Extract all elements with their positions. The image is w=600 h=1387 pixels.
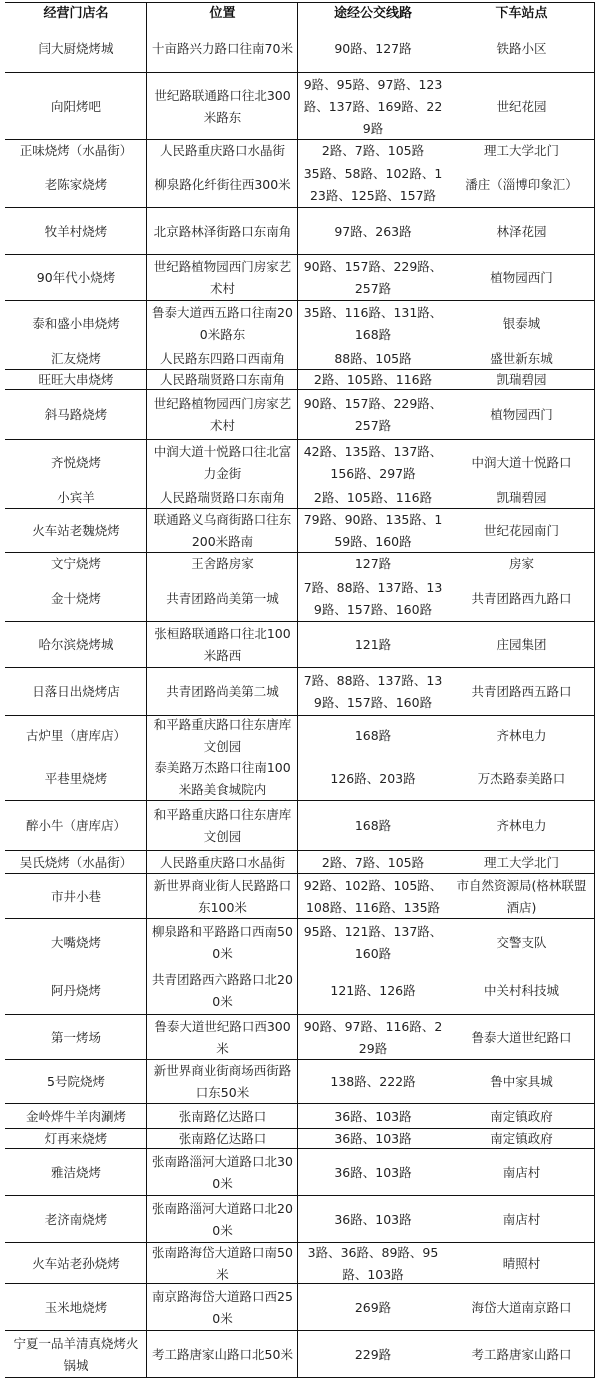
column-divider xyxy=(146,509,147,552)
stop-cell: 庄园集团 xyxy=(448,634,595,656)
column-divider xyxy=(594,622,595,667)
location-cell: 柳泉路和平路路口西南500米 xyxy=(147,921,298,965)
column-divider xyxy=(297,1196,298,1242)
bus-routes-cell: 2路、7路、105路 xyxy=(298,852,448,874)
table-row: 宁夏一品羊清真烧烤火锅城考工路唐家山路口北50米229路考工路唐家山路口 xyxy=(5,1331,595,1378)
bus-routes-cell: 35路、116路、131路、168路 xyxy=(298,302,448,346)
table-row: 阿丹烧烤共青团路西六路路口北200米121路、126路中关村科技城 xyxy=(5,967,595,1015)
table-row: 牧羊村烧烤北京路林泽街路口东南角97路、263路林泽花园 xyxy=(5,208,595,255)
column-divider xyxy=(297,255,298,300)
table-row: 雅洁烧烤张南路淄河大道路口北300米36路、103路南店村 xyxy=(5,1149,595,1196)
column-divider xyxy=(146,1331,147,1377)
location-cell: 鲁泰大道西五路口往南200米路东 xyxy=(147,302,298,346)
bus-routes-cell: 9路、95路、97路、123路、137路、169路、229路 xyxy=(298,74,448,140)
column-divider xyxy=(594,919,595,1014)
store-name-cell: 日落日出烧烤店 xyxy=(5,681,147,703)
bus-routes-cell: 229路 xyxy=(298,1344,448,1366)
column-divider xyxy=(297,622,298,667)
column-divider xyxy=(146,370,147,389)
table-row: 哈尔滨烧烤城张桓路联通路口往北100米路西121路庄园集团 xyxy=(5,622,595,668)
bus-routes-cell: 95路、121路、137路、160路 xyxy=(298,921,448,965)
table-row-group: 正味烧烤（水晶街）人民路重庆路口水晶街2路、7路、105路理工大学北门老陈家烧烤… xyxy=(5,139,595,207)
column-divider xyxy=(594,140,595,207)
column-divider xyxy=(594,370,595,389)
column-divider xyxy=(297,1149,298,1195)
stop-cell: 交警支队 xyxy=(448,932,595,954)
bus-routes-cell: 92路、102路、105路、108路、116路、135路 xyxy=(298,875,448,919)
column-divider xyxy=(146,73,147,139)
location-cell: 共青团路尚美第二城 xyxy=(147,681,298,703)
table-row-group: 老济南烧烤张南路淄河大道路口北200米36路、103路南店村 xyxy=(5,1195,595,1242)
column-divider xyxy=(594,390,595,439)
table-row-group: 牧羊村烧烤北京路林泽街路口东南角97路、263路林泽花园 xyxy=(5,207,595,254)
store-name-cell: 市井小巷 xyxy=(5,886,147,908)
column-header: 下车站点 xyxy=(448,3,595,25)
store-name-cell: 金岭烨牛羊肉涮烤 xyxy=(5,1106,147,1128)
store-name-cell: 第一烤场 xyxy=(5,1027,147,1049)
bus-routes-cell: 7路、88路、137路、139路、157路、160路 xyxy=(298,577,448,621)
bus-routes-cell: 127路 xyxy=(298,553,448,575)
table-row-group: 灯再来烧烤张南路亿达路口36路、103路南定镇政府 xyxy=(5,1128,595,1148)
table-row-group: 5号院烧烤新世界商业街商场西街路口东50米138路、222路鲁中家具城 xyxy=(5,1059,595,1103)
column-divider xyxy=(594,255,595,300)
column-divider xyxy=(297,1015,298,1059)
column-divider xyxy=(594,874,595,918)
store-name-cell: 大嘴烧烤 xyxy=(5,932,147,954)
table-row-group: 向阳烤吧世纪路联通路口往北300米路东9路、95路、97路、123路、137路、… xyxy=(5,72,595,139)
stop-cell: 共青团路西九路口 xyxy=(448,588,595,610)
store-name-cell: 平巷里烧烤 xyxy=(5,768,147,790)
column-divider xyxy=(146,622,147,667)
stop-cell: 南店村 xyxy=(448,1162,595,1184)
table-row: 金岭烨牛羊肉涮烤张南路亿达路口36路、103路南定镇政府 xyxy=(5,1104,595,1129)
column-divider xyxy=(146,716,147,800)
bus-routes-cell: 121路、126路 xyxy=(298,980,448,1002)
column-divider xyxy=(297,1243,298,1283)
stop-cell: 林泽花园 xyxy=(448,221,595,243)
table-row: 日落日出烧烤店共青团路尚美第二城7路、88路、137路、139路、157路、16… xyxy=(5,668,595,716)
column-header: 经营门店名 xyxy=(5,3,147,25)
location-cell: 共青团路尚美第一城 xyxy=(147,588,298,610)
column-divider xyxy=(146,1243,147,1283)
stop-cell: 海岱大道南京路口 xyxy=(448,1297,595,1319)
stop-cell: 凯瑞碧园 xyxy=(448,369,595,391)
bus-routes-cell: 126路、203路 xyxy=(298,768,448,790)
location-cell: 世纪路植物园西门房家艺术村 xyxy=(147,256,298,300)
column-divider xyxy=(146,140,147,207)
table-row: 玉米地烧烤南京路海岱大道路口西250米269路海岱大道南京路口 xyxy=(5,1284,595,1331)
table-row: 古炉里（唐库店）和平路重庆路口往东唐库文创园168路齐林电力 xyxy=(5,716,595,756)
column-divider xyxy=(594,1149,595,1195)
table-row: 老济南烧烤张南路淄河大道路口北200米36路、103路南店村 xyxy=(5,1196,595,1243)
table-row-group: 文宁烧烤王舍路房家127路房家金十烧烤共青团路尚美第一城7路、88路、137路、… xyxy=(5,552,595,621)
stop-cell: 中关村科技城 xyxy=(448,980,595,1002)
stop-cell: 理工大学北门 xyxy=(448,140,595,162)
column-divider xyxy=(146,440,147,508)
stop-cell: 南店村 xyxy=(448,1209,595,1231)
bus-routes-cell: 2路、7路、105路 xyxy=(298,140,448,162)
column-divider xyxy=(297,1104,298,1128)
stop-cell: 铁路小区 xyxy=(448,38,595,60)
column-divider xyxy=(594,1196,595,1242)
table-row: 吴氏烧烤（水晶街）人民路重庆路口水晶街2路、7路、105路理工大学北门 xyxy=(5,851,595,874)
store-name-cell: 火车站老孙烧烤 xyxy=(5,1253,147,1275)
bus-routes-cell: 3路、36路、89路、95路、103路 xyxy=(298,1242,448,1286)
column-divider xyxy=(146,874,147,918)
column-divider xyxy=(146,208,147,254)
table-row: 小宾羊人民路瑞贤路口东南角2路、105路、116路凯瑞碧园 xyxy=(5,486,595,509)
column-divider xyxy=(297,3,298,72)
table-row-group: 火车站老孙烧烤张南路海岱大道路口南50米3路、36路、89路、95路、103路晴… xyxy=(5,1242,595,1283)
table-row: 灯再来烧烤张南路亿达路口36路、103路南定镇政府 xyxy=(5,1129,595,1149)
bus-route-table: 经营门店名位置途经公交线路下车站点闫大厨烧烤城十亩路兴力路口往南70米90路、1… xyxy=(5,2,595,1378)
store-name-cell: 古炉里（唐库店） xyxy=(5,725,147,747)
column-divider xyxy=(146,1104,147,1128)
table-row: 正味烧烤（水晶街）人民路重庆路口水晶街2路、7路、105路理工大学北门 xyxy=(5,140,595,162)
table-header-row: 经营门店名位置途经公交线路下车站点 xyxy=(5,3,595,25)
column-divider xyxy=(594,208,595,254)
bus-routes-cell: 90路、157路、229路、257路 xyxy=(298,393,448,437)
stop-cell: 鲁泰大道世纪路口 xyxy=(448,1027,595,1049)
table-row: 醉小牛（唐库店）和平路重庆路口往东唐库文创园168路齐林电力 xyxy=(5,801,595,851)
table-row-group: 古炉里（唐库店）和平路重庆路口往东唐库文创园168路齐林电力平巷里烧烤泰美路万杰… xyxy=(5,715,595,800)
bus-routes-cell: 7路、88路、137路、139路、157路、160路 xyxy=(298,670,448,714)
column-divider xyxy=(146,1015,147,1059)
location-cell: 北京路林泽街路口东南角 xyxy=(147,221,298,243)
column-divider xyxy=(146,1149,147,1195)
table-row-group: 旺旺大串烧烤人民路瑞贤路口东南角2路、105路、116路凯瑞碧园 xyxy=(5,369,595,389)
table-row-group: 吴氏烧烤（水晶街）人民路重庆路口水晶街2路、7路、105路理工大学北门 xyxy=(5,850,595,873)
bus-routes-cell: 2路、105路、116路 xyxy=(298,487,448,509)
location-cell: 人民路重庆路口水晶街 xyxy=(147,140,298,162)
location-cell: 张南路淄河大道路口北300米 xyxy=(147,1151,298,1195)
store-name-cell: 小宾羊 xyxy=(5,487,147,509)
store-name-cell: 旺旺大串烧烤 xyxy=(5,369,147,391)
column-divider xyxy=(297,919,298,1014)
stop-cell: 南定镇政府 xyxy=(448,1106,595,1128)
column-divider xyxy=(297,553,298,621)
store-name-cell: 泰和盛小串烧烤 xyxy=(5,313,147,335)
store-name-cell: 90年代小烧烤 xyxy=(5,267,147,289)
bus-routes-cell: 36路、103路 xyxy=(298,1209,448,1231)
column-divider xyxy=(297,208,298,254)
table-row: 斜马路烧烤世纪路植物园西门房家艺术村90路、157路、229路、257路植物园西… xyxy=(5,390,595,440)
bus-routes-cell: 168路 xyxy=(298,725,448,747)
store-name-cell: 宁夏一品羊清真烧烤火锅城 xyxy=(5,1333,147,1377)
location-cell: 世纪路联通路口往北300米路东 xyxy=(147,85,298,129)
column-divider xyxy=(297,370,298,389)
table-row: 向阳烤吧世纪路联通路口往北300米路东9路、95路、97路、123路、137路、… xyxy=(5,73,595,140)
bus-routes-cell: 121路 xyxy=(298,634,448,656)
column-divider xyxy=(594,1129,595,1148)
stop-cell: 考工路唐家山路口 xyxy=(448,1344,595,1366)
table-row-group: 火车站老魏烧烤联通路义乌商街路口往东200米路南79路、90路、135路、159… xyxy=(5,508,595,552)
column-divider xyxy=(146,801,147,850)
column-divider xyxy=(594,1331,595,1377)
table-row-group: 玉米地烧烤南京路海岱大道路口西250米269路海岱大道南京路口 xyxy=(5,1283,595,1330)
location-cell: 南京路海岱大道路口西250米 xyxy=(147,1286,298,1330)
store-name-cell: 闫大厨烧烤城 xyxy=(5,38,147,60)
column-header: 位置 xyxy=(147,3,298,25)
location-cell: 王舍路房家 xyxy=(147,553,298,575)
table-row-group: 90年代小烧烤世纪路植物园西门房家艺术村90路、157路、229路、257路植物… xyxy=(5,254,595,300)
column-divider xyxy=(297,716,298,800)
column-divider xyxy=(146,3,147,72)
column-divider xyxy=(594,1243,595,1283)
stop-cell: 世纪花园南门 xyxy=(448,520,595,542)
table-row-group: 第一烤场鲁泰大道世纪路口西300米90路、97路、116路、229路鲁泰大道世纪… xyxy=(5,1014,595,1059)
stop-cell: 凯瑞碧园 xyxy=(448,487,595,509)
column-divider xyxy=(594,1015,595,1059)
stop-cell: 房家 xyxy=(448,553,595,575)
column-divider xyxy=(594,716,595,800)
location-cell: 和平路重庆路口往东唐库文创园 xyxy=(147,714,298,758)
location-cell: 张南路亿达路口 xyxy=(147,1106,298,1128)
column-divider xyxy=(594,668,595,715)
location-cell: 张南路淄河大道路口北200米 xyxy=(147,1198,298,1242)
table-row: 金十烧烤共青团路尚美第一城7路、88路、137路、139路、157路、160路共… xyxy=(5,575,595,622)
column-divider xyxy=(594,440,595,508)
store-name-cell: 齐悦烧烤 xyxy=(5,452,147,474)
column-divider xyxy=(146,668,147,715)
bus-routes-cell: 42路、135路、137路、156路、297路 xyxy=(298,441,448,485)
column-divider xyxy=(297,440,298,508)
stop-cell: 植物园西门 xyxy=(448,267,595,289)
table-row: 汇友烧烤人民路东四路口西南角88路、105路盛世新东城 xyxy=(5,347,595,370)
location-cell: 泰美路万杰路口往南100米路美食城院内 xyxy=(147,757,298,801)
bus-routes-cell: 138路、222路 xyxy=(298,1071,448,1093)
column-divider xyxy=(297,140,298,207)
location-cell: 考工路唐家山路口北50米 xyxy=(147,1344,298,1366)
bus-routes-cell: 90路、127路 xyxy=(298,38,448,60)
table-row-group: 雅洁烧烤张南路淄河大道路口北300米36路、103路南店村 xyxy=(5,1148,595,1195)
stop-cell: 银泰城 xyxy=(448,313,595,335)
table-row-group: 斜马路烧烤世纪路植物园西门房家艺术村90路、157路、229路、257路植物园西… xyxy=(5,389,595,439)
bus-routes-cell: 36路、103路 xyxy=(298,1106,448,1128)
column-divider xyxy=(594,73,595,139)
column-divider xyxy=(594,509,595,552)
column-divider xyxy=(297,301,298,369)
column-divider xyxy=(146,255,147,300)
store-name-cell: 汇友烧烤 xyxy=(5,348,147,370)
location-cell: 鲁泰大道世纪路口西300米 xyxy=(147,1016,298,1060)
stop-cell: 中润大道十悦路口 xyxy=(448,452,595,474)
column-divider xyxy=(146,1129,147,1148)
table-row: 泰和盛小串烧烤鲁泰大道西五路口往南200米路东35路、116路、131路、168… xyxy=(5,301,595,347)
stop-cell: 万杰路泰美路口 xyxy=(448,768,595,790)
table-row-group: 大嘴烧烤柳泉路和平路路口西南500米95路、121路、137路、160路交警支队… xyxy=(5,918,595,1014)
store-name-cell: 文宁烧烤 xyxy=(5,553,147,575)
location-cell: 十亩路兴力路口往南70米 xyxy=(147,38,298,60)
location-cell: 人民路瑞贤路口东南角 xyxy=(147,487,298,509)
column-divider xyxy=(297,801,298,850)
bus-routes-cell: 90路、97路、116路、229路 xyxy=(298,1016,448,1060)
column-divider xyxy=(594,301,595,369)
location-cell: 中润大道十悦路口往北富力金街 xyxy=(147,441,298,485)
bus-routes-cell: 90路、157路、229路、257路 xyxy=(298,256,448,300)
location-cell: 张桓路联通路口往北100米路西 xyxy=(147,623,298,667)
column-divider xyxy=(594,1060,595,1103)
column-divider xyxy=(297,73,298,139)
table-row: 第一烤场鲁泰大道世纪路口西300米90路、97路、116路、229路鲁泰大道世纪… xyxy=(5,1015,595,1060)
column-divider xyxy=(594,1104,595,1128)
column-divider xyxy=(146,851,147,873)
bus-routes-cell: 36路、103路 xyxy=(298,1128,448,1150)
table-row: 旺旺大串烧烤人民路瑞贤路口东南角2路、105路、116路凯瑞碧园 xyxy=(5,370,595,390)
store-name-cell: 灯再来烧烤 xyxy=(5,1128,147,1150)
stop-cell: 盛世新东城 xyxy=(448,348,595,370)
location-cell: 新世界商业街商场西街路口东50米 xyxy=(147,1060,298,1104)
table-row-group: 齐悦烧烤中润大道十悦路口往北富力金街42路、135路、137路、156路、297… xyxy=(5,439,595,508)
bus-routes-cell: 35路、58路、102路、123路、125路、157路 xyxy=(298,163,448,207)
store-name-cell: 雅洁烧烤 xyxy=(5,1162,147,1184)
table-row-group: 宁夏一品羊清真烧烤火锅城考工路唐家山路口北50米229路考工路唐家山路口 xyxy=(5,1330,595,1377)
table-header-block: 经营门店名位置途经公交线路下车站点闫大厨烧烤城十亩路兴力路口往南70米90路、1… xyxy=(5,2,595,72)
column-divider xyxy=(594,553,595,621)
location-cell: 新世界商业街人民路路口东100米 xyxy=(147,875,298,919)
column-divider xyxy=(594,3,595,72)
table-row: 5号院烧烤新世界商业街商场西街路口东50米138路、222路鲁中家具城 xyxy=(5,1060,595,1104)
location-cell: 张南路海岱大道路口南50米 xyxy=(147,1242,298,1286)
table-row: 大嘴烧烤柳泉路和平路路口西南500米95路、121路、137路、160路交警支队 xyxy=(5,919,595,967)
stop-cell: 南定镇政府 xyxy=(448,1128,595,1150)
store-name-cell: 正味烧烤（水晶街） xyxy=(5,140,147,162)
store-name-cell: 牧羊村烧烤 xyxy=(5,221,147,243)
store-name-cell: 醉小牛（唐库店） xyxy=(5,815,147,837)
bus-routes-cell: 168路 xyxy=(298,815,448,837)
location-cell: 世纪路植物园西门房家艺术村 xyxy=(147,393,298,437)
column-divider xyxy=(297,1129,298,1148)
table-row-group: 市井小巷新世界商业街人民路路口东100米92路、102路、105路、108路、1… xyxy=(5,873,595,918)
column-divider xyxy=(297,851,298,873)
location-cell: 柳泉路化纤街往西300米 xyxy=(147,174,298,196)
stop-cell: 齐林电力 xyxy=(448,815,595,837)
column-divider xyxy=(297,1060,298,1103)
bus-routes-cell: 269路 xyxy=(298,1297,448,1319)
table-row: 齐悦烧烤中润大道十悦路口往北富力金街42路、135路、137路、156路、297… xyxy=(5,440,595,486)
column-divider xyxy=(297,509,298,552)
column-divider xyxy=(297,390,298,439)
stop-cell: 晴照村 xyxy=(448,1253,595,1275)
table-row-group: 醉小牛（唐库店）和平路重庆路口往东唐库文创园168路齐林电力 xyxy=(5,800,595,850)
location-cell: 人民路东四路口西南角 xyxy=(147,348,298,370)
location-cell: 和平路重庆路口往东唐库文创园 xyxy=(147,804,298,848)
column-divider xyxy=(297,1284,298,1330)
stop-cell: 植物园西门 xyxy=(448,404,595,426)
store-name-cell: 斜马路烧烤 xyxy=(5,404,147,426)
location-cell: 张南路亿达路口 xyxy=(147,1128,298,1150)
bus-routes-cell: 97路、263路 xyxy=(298,221,448,243)
stop-cell: 鲁中家具城 xyxy=(448,1071,595,1093)
column-divider xyxy=(297,668,298,715)
table-row: 90年代小烧烤世纪路植物园西门房家艺术村90路、157路、229路、257路植物… xyxy=(5,255,595,301)
column-divider xyxy=(594,801,595,850)
store-name-cell: 吴氏烧烤（水晶街） xyxy=(5,852,147,874)
table-row-group: 哈尔滨烧烤城张桓路联通路口往北100米路西121路庄园集团 xyxy=(5,621,595,667)
table-row-group: 金岭烨牛羊肉涮烤张南路亿达路口36路、103路南定镇政府 xyxy=(5,1103,595,1128)
store-name-cell: 老济南烧烤 xyxy=(5,1209,147,1231)
store-name-cell: 5号院烧烤 xyxy=(5,1071,147,1093)
table-row: 火车站老孙烧烤张南路海岱大道路口南50米3路、36路、89路、95路、103路晴… xyxy=(5,1243,595,1284)
column-divider xyxy=(297,1331,298,1377)
stop-cell: 世纪花园 xyxy=(448,96,595,118)
column-header: 途经公交线路 xyxy=(298,3,448,25)
table-row: 平巷里烧烤泰美路万杰路口往南100米路美食城院内126路、203路万杰路泰美路口 xyxy=(5,756,595,801)
table-row: 闫大厨烧烤城十亩路兴力路口往南70米90路、127路铁路小区 xyxy=(5,25,595,73)
column-divider xyxy=(297,874,298,918)
column-divider xyxy=(146,390,147,439)
table-row: 文宁烧烤王舍路房家127路房家 xyxy=(5,553,595,575)
table-row-group: 日落日出烧烤店共青团路尚美第二城7路、88路、137路、139路、157路、16… xyxy=(5,667,595,715)
table-row: 火车站老魏烧烤联通路义乌商街路口往东200米路南79路、90路、135路、159… xyxy=(5,509,595,553)
store-name-cell: 哈尔滨烧烤城 xyxy=(5,634,147,656)
bus-routes-cell: 36路、103路 xyxy=(298,1162,448,1184)
location-cell: 人民路瑞贤路口东南角 xyxy=(147,369,298,391)
table-row: 市井小巷新世界商业街人民路路口东100米92路、102路、105路、108路、1… xyxy=(5,874,595,919)
bus-routes-cell: 2路、105路、116路 xyxy=(298,369,448,391)
column-divider xyxy=(146,553,147,621)
column-divider xyxy=(146,1060,147,1103)
store-name-cell: 老陈家烧烤 xyxy=(5,174,147,196)
stop-cell: 潘庄（淄博印象汇） xyxy=(448,174,595,196)
location-cell: 联通路义乌商街路口往东200米路南 xyxy=(147,509,298,553)
column-divider xyxy=(146,919,147,1014)
store-name-cell: 火车站老魏烧烤 xyxy=(5,520,147,542)
column-divider xyxy=(594,851,595,873)
store-name-cell: 玉米地烧烤 xyxy=(5,1297,147,1319)
location-cell: 共青团路西六路路口北200米 xyxy=(147,969,298,1013)
column-divider xyxy=(146,301,147,369)
stop-cell: 齐林电力 xyxy=(448,725,595,747)
bus-routes-cell: 79路、90路、135路、159路、160路 xyxy=(298,509,448,553)
column-divider xyxy=(146,1284,147,1330)
stop-cell: 理工大学北门 xyxy=(448,852,595,874)
store-name-cell: 阿丹烧烤 xyxy=(5,980,147,1002)
store-name-cell: 向阳烤吧 xyxy=(5,96,147,118)
store-name-cell: 金十烧烤 xyxy=(5,588,147,610)
column-divider xyxy=(146,1196,147,1242)
table-row-group: 泰和盛小串烧烤鲁泰大道西五路口往南200米路东35路、116路、131路、168… xyxy=(5,300,595,369)
location-cell: 人民路重庆路口水晶街 xyxy=(147,852,298,874)
bus-routes-cell: 88路、105路 xyxy=(298,348,448,370)
column-divider xyxy=(594,1284,595,1330)
stop-cell: 市自然资源局(格林联盟酒店) xyxy=(448,875,595,919)
table-row: 老陈家烧烤柳泉路化纤街往西300米35路、58路、102路、123路、125路、… xyxy=(5,162,595,208)
stop-cell: 共青团路西五路口 xyxy=(448,681,595,703)
